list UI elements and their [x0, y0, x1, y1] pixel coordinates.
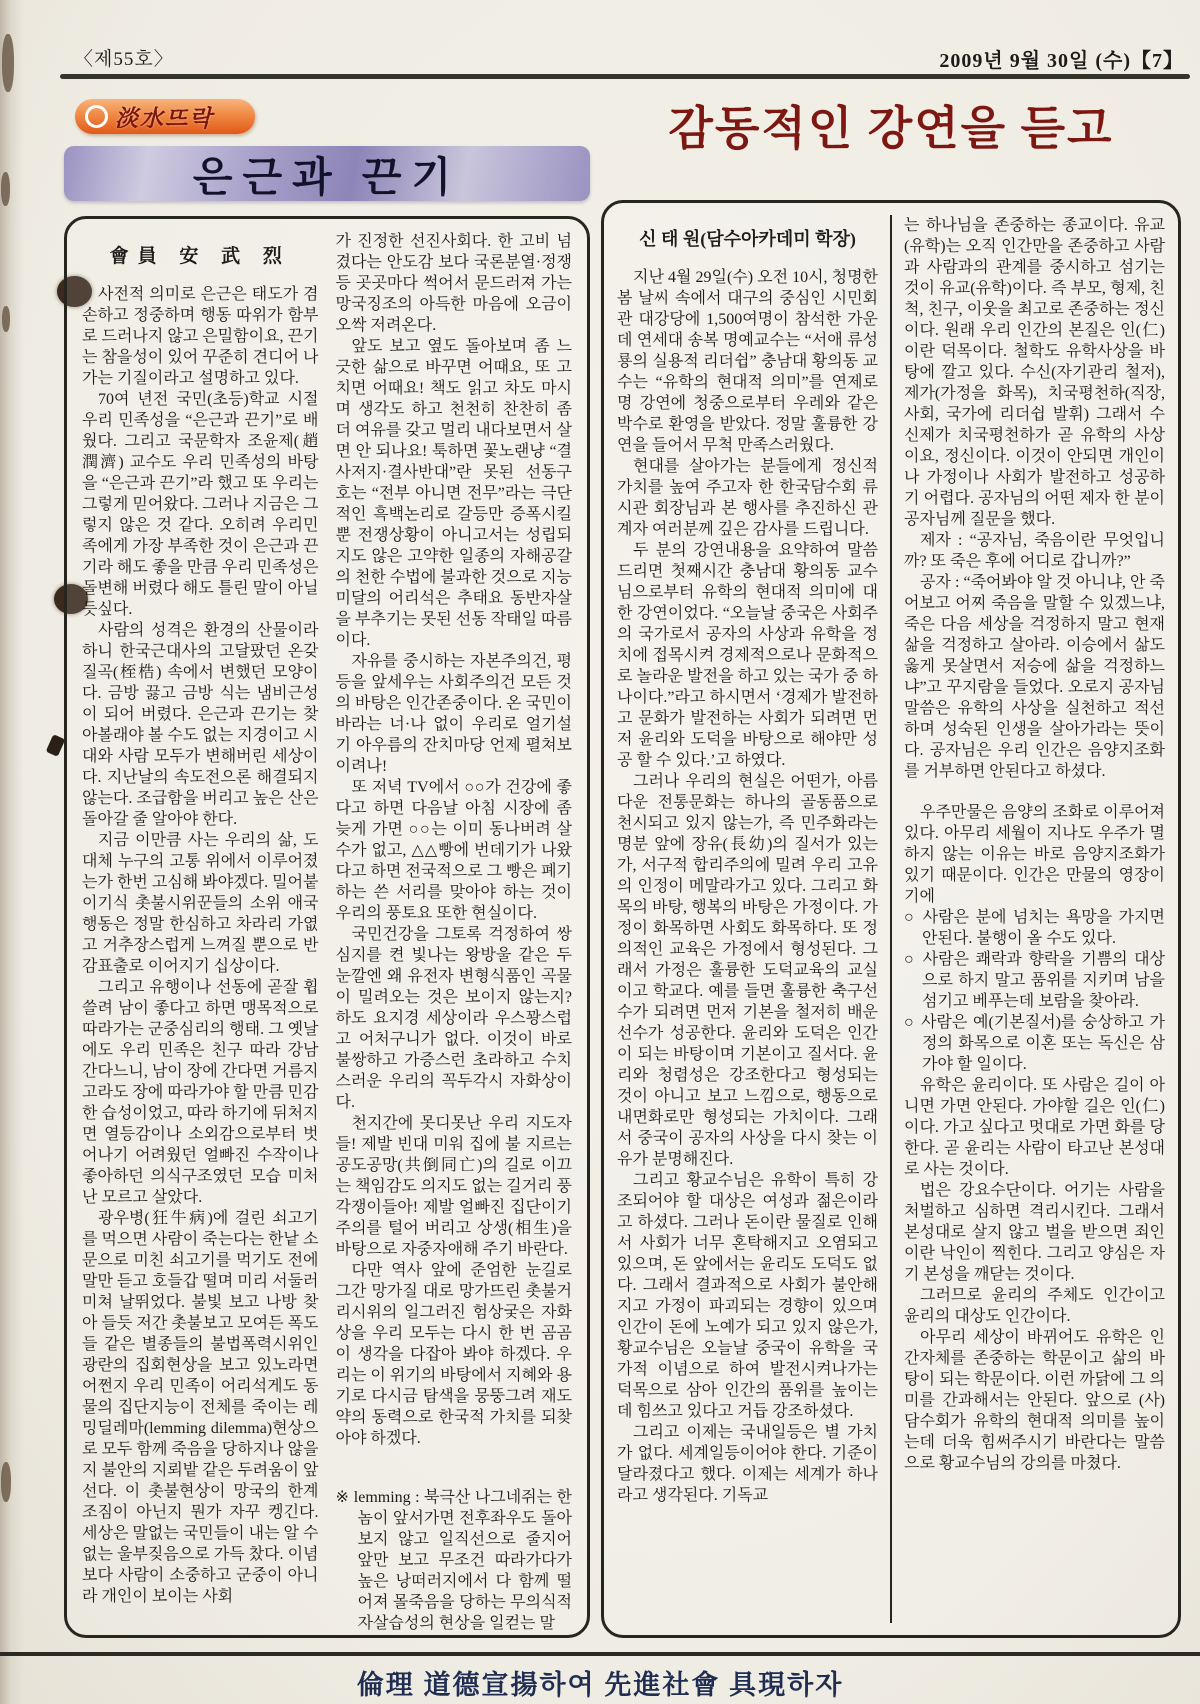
section-logo-text: 淡水뜨락 [115, 100, 213, 133]
paragraph: ○ 사람은 예(기본질서)를 숭상하고 가정의 화목으로 이혼 또는 독신은 삼… [904, 1012, 1165, 1075]
circle-ring-icon [85, 105, 108, 128]
paragraph: 지금 이만큼 사는 우리의 삶, 도대체 누구의 고통 위에서 이루어졌는가 한… [82, 830, 319, 977]
issue-number: 〈제55호〉 [74, 44, 174, 71]
paragraph: 는 하나님을 존중하는 종교이다. 유교(유학)는 오직 인간만을 존중하고 사… [904, 215, 1165, 530]
paragraph-list: 사전적 의미로 은근은 태도가 겸손하고 정중하며 행동 따위가 함부로 드러나… [82, 284, 319, 1607]
left-article-column-2: 가 진정한 선진사회다. 한 고비 넘겼다는 안도감 보다 국론분열·정쟁 등 … [336, 231, 573, 1623]
paragraph: 그리고 이제는 국내일등은 별 가치가 없다. 세계일등이어야 한다. 기준이 … [617, 1422, 878, 1506]
paragraph: 또 저녁 TV에서 ○○가 건강에 좋다고 하면 다음날 아침 시장에 좀 늦게… [336, 777, 573, 924]
paragraph: ※ lemming : 북극산 나그네쥐는 한 놈이 앞서가면 전후좌우도 돌아… [336, 1487, 573, 1634]
paragraph: 광우병(狂牛病)에 걸린 쇠고기를 먹으면 사람이 죽는다는 한낱 소문으로 미… [82, 1208, 319, 1607]
right-article-byline: 신 태 원(담수아카데미 학장) [617, 225, 878, 251]
paragraph: 가 진정한 선진사회다. 한 고비 넘겼다는 안도감 보다 국론분열·정쟁 등 … [336, 231, 573, 336]
paragraph-list: 지난 4월 29일(수) 오전 10시, 청명한 봄 날씨 속에서 대구의 중심… [617, 267, 878, 1506]
scan-edge-shadow [0, 0, 24, 1704]
paragraph: 그러므로 윤리의 주체도 인간이고 윤리의 대상도 인간이다. [904, 1285, 1165, 1327]
paragraph: 사전적 의미로 은근은 태도가 겸손하고 정중하며 행동 따위가 함부로 드러나… [82, 284, 319, 389]
paragraph: 두 분의 강연내용을 요약하여 말씀드리면 첫째시간 충남대 황의동 교수님으로… [617, 540, 878, 771]
left-article-title-banner: 은근과 끈기 [64, 146, 590, 201]
paragraph: 앞도 보고 옆도 돌아보며 좀 느긋한 삶으로 바꾸면 어때요, 또 고치면 어… [336, 336, 573, 651]
paragraph: ○ 사람은 쾌락과 향락을 기쁨의 대상으로 하지 말고 품위를 지키며 남을 … [904, 949, 1165, 1012]
paragraph: 아무리 세상이 바뀌어도 유학은 인간자체를 존중하는 학문이고 삶의 바탕이 … [904, 1327, 1165, 1474]
scan-mark [1, 1462, 11, 1502]
section-logo-badge: 淡水뜨락 [75, 99, 255, 134]
paragraph: 다만 역사 앞에 준엄한 눈길로 그간 망가질 대로 망가뜨린 촛불거리시위의 … [336, 1260, 573, 1449]
paragraph: 그리고 황교수님은 유학이 특히 강조되어야 할 대상은 여성과 젊은이라고 하… [617, 1170, 878, 1422]
paragraph: 그리고 유행이나 선동에 곧잘 휩쓸려 남이 좋다고 하면 맹목적으로 따라가는… [82, 977, 319, 1208]
paragraph: 천지간에 못디못난 우리 지도자들! 제발 빈대 미워 집에 불 지르는 공도공… [336, 1113, 573, 1260]
scan-mark [2, 34, 14, 92]
paragraph-list: 가 진정한 선진사회다. 한 고비 넘겼다는 안도감 보다 국론분열·정쟁 등 … [336, 231, 573, 1634]
paragraph: 국민건강을 그토록 걱정하여 쌍심지를 켠 빛나는 왕방울 같은 두 눈깔엔 왜… [336, 924, 573, 1113]
ink-smudge [46, 734, 66, 757]
paragraph: 70여 년전 국민(초등)학교 시절 우리 민족성을 “은근과 끈기”로 배웠다… [82, 389, 319, 620]
paragraph: 현대를 살아가는 분들에게 정신적 가치를 높여 주고자 한 한국담수회 류시관… [617, 456, 878, 540]
left-article-column-1: 會員 安 武 烈 사전적 의미로 은근은 태도가 겸손하고 정중하며 행동 따위… [82, 231, 319, 1623]
page-date: 2009년 9월 30일 (수)【7】 [939, 44, 1184, 73]
left-article-title: 은근과 끈기 [193, 144, 461, 203]
scan-mark [1, 172, 10, 206]
footer-rule [0, 1652, 1200, 1656]
paragraph: 공자 : “죽어봐야 알 것 아니냐, 안 죽어보고 어찌 죽음을 말할 수 있… [904, 572, 1165, 782]
paragraph: 제자 : “공자님, 죽음이란 무엇입니까? 또 죽은 후에 어디로 갑니까?” [904, 530, 1165, 572]
paragraph: 법은 강요수단이다. 어기는 사람을 처벌하고 심하면 격리시킨다. 그래서 본… [904, 1180, 1165, 1285]
paragraph: ○ 사람은 분에 넘치는 욕망을 가지면 안된다. 불행이 올 수도 있다. [904, 907, 1165, 949]
header-rule [60, 74, 1190, 79]
scan-mark [2, 306, 10, 332]
left-article-box: 會員 安 武 烈 사전적 의미로 은근은 태도가 겸손하고 정중하며 행동 따위… [64, 216, 590, 1638]
paragraph: 자유를 중시하는 자본주의건, 평등을 앞세우는 사회주의건 모든 것의 바탕은… [336, 651, 573, 777]
right-article-title: 감동적인 강연을 듣고 [601, 92, 1181, 158]
paragraph: 우주만물은 음양의 조화로 이루어져 있다. 아무리 세월이 지나도 우주가 멸… [904, 802, 1165, 907]
footer-slogan: 倫理 道德宣揚하여 先進社會 具現하자 [0, 1663, 1200, 1702]
left-article-byline: 會員 安 武 烈 [82, 241, 319, 268]
paragraph: 그러나 우리의 현실은 어떤가, 아름다운 전통문화는 하나의 골동품으로 천시… [617, 771, 878, 1170]
paragraph: 지난 4월 29일(수) 오전 10시, 청명한 봄 날씨 속에서 대구의 중심… [617, 267, 878, 456]
paragraph: 사람의 성격은 환경의 산물이라 하니 한국근대사의 고달팠던 온갖 질곡(桎梏… [82, 620, 319, 830]
paragraph-list: 는 하나님을 존중하는 종교이다. 유교(유학)는 오직 인간만을 존중하고 사… [904, 215, 1165, 1474]
right-article-box: 신 태 원(담수아카데미 학장) 지난 4월 29일(수) 오전 10시, 청명… [601, 200, 1181, 1638]
right-article-column-2: 는 하나님을 존중하는 종교이다. 유교(유학)는 오직 인간만을 존중하고 사… [890, 215, 1165, 1623]
right-article-column-1: 신 태 원(담수아카데미 학장) 지난 4월 29일(수) 오전 10시, 청명… [617, 215, 890, 1623]
paragraph: 유학은 윤리이다. 또 사람은 길이 아니면 가면 안된다. 가야할 길은 인(… [904, 1075, 1165, 1180]
